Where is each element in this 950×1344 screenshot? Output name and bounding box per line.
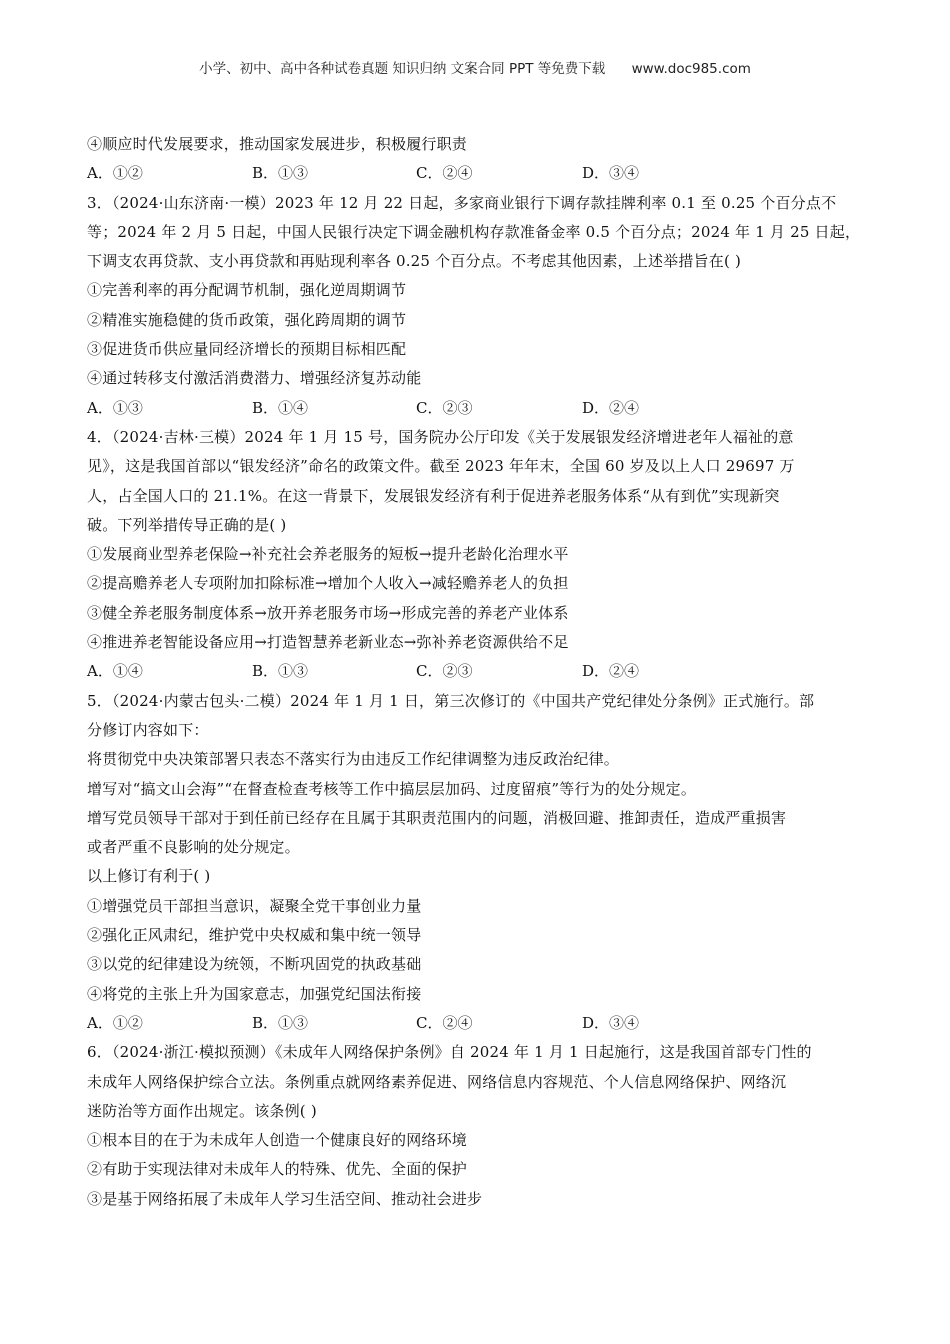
page-header: 小学、初中、高中各种试卷真题 知识归纳 文案合同 PPT 等免费下载 www.d…: [0, 57, 950, 77]
q3-stem-line-2: 等；2024 年 2 月 5 日起，中国人民银行决定下调金融机构存款准备金率 0…: [87, 218, 877, 247]
q5-item-4: ④将党的主张上升为国家意志，加强党纪国法衔接: [87, 980, 877, 1009]
q5-item-1: ①增强党员干部担当意识，凝聚全党干事创业力量: [87, 892, 877, 921]
q5-option-d: D．③④: [582, 1009, 639, 1038]
q4-options: A．①④ B．①③ C．②③ D．②④: [87, 657, 877, 686]
q3-stem-line-1: 3．（2024·山东济南·一模）2023 年 12 月 22 日起，多家商业银行…: [87, 189, 877, 218]
q4-item-2: ②提高赡养老人专项附加扣除标准→增加个人收入→减轻赡养老人的负担: [87, 569, 877, 598]
q4-option-b: B．①③: [252, 657, 308, 686]
q2-option-a: A．①②: [87, 159, 143, 188]
q5-option-c: C．②④: [416, 1009, 472, 1038]
q3-option-b: B．①④: [252, 394, 308, 423]
q6-stem-line-3: 迷防治等方面作出规定。该条例( ): [87, 1097, 877, 1126]
q5-options: A．①② B．①③ C．②④ D．③④: [87, 1009, 877, 1038]
q3-item-1: ①完善利率的再分配调节机制，强化逆周期调节: [87, 276, 877, 305]
q5-stem-line-4: 增写对“搞文山会海”“在督查检查考核等工作中搞层层加码、过度留痕”等行为的处分规…: [87, 775, 877, 804]
q4-stem-line-2: 见》，这是我国首部以“银发经济”命名的政策文件。截至 2023 年年末，全国 6…: [87, 452, 877, 481]
q5-stem-line-5: 增写党员领导干部对于到任前已经存在且属于其职责范围内的问题，消极回避、推卸责任，…: [87, 804, 877, 833]
q5-option-b: B．①③: [252, 1009, 308, 1038]
q2-option-c: C．②④: [416, 159, 472, 188]
q6-stem-line-1: 6．（2024·浙江·模拟预测）《未成年人网络保护条例》自 2024 年 1 月…: [87, 1038, 877, 1067]
q4-option-c: C．②③: [416, 657, 472, 686]
header-url[interactable]: www.doc985.com: [632, 61, 751, 77]
q6-item-3: ③是基于网络拓展了未成年人学习生活空间、推动社会进步: [87, 1185, 877, 1214]
q4-option-d: D．②④: [582, 657, 639, 686]
header-tagline: 小学、初中、高中各种试卷真题 知识归纳 文案合同 PPT 等免费下载: [199, 61, 605, 77]
q5-stem-line-3: 将贯彻党中央决策部署只表态不落实行为由违反工作纪律调整为违反政治纪律。: [87, 745, 877, 774]
q3-stem-line-3: 下调支农再贷款、支小再贷款和再贴现利率各 0.25 个百分点。不考虑其他因素，上…: [87, 247, 877, 276]
q3-option-d: D．②④: [582, 394, 639, 423]
q5-stem-line-1: 5．（2024·内蒙古包头·二模）2024 年 1 月 1 日，第三次修订的《中…: [87, 687, 877, 716]
q6-item-2: ②有助于实现法律对未成年人的特殊、优先、全面的保护: [87, 1155, 877, 1184]
q4-item-1: ①发展商业型养老保险→补充社会养老服务的短板→提升老龄化治理水平: [87, 540, 877, 569]
q3-options: A．①③ B．①④ C．②③ D．②④: [87, 394, 877, 423]
q3-item-2: ②精准实施稳健的货币政策，强化跨周期的调节: [87, 306, 877, 335]
q3-item-3: ③促进货币供应量同经济增长的预期目标相匹配: [87, 335, 877, 364]
q5-option-a: A．①②: [87, 1009, 143, 1038]
q2-option-d: D．③④: [582, 159, 639, 188]
q4-option-a: A．①④: [87, 657, 143, 686]
q3-option-a: A．①③: [87, 394, 143, 423]
q5-item-3: ③以党的纪律建设为统领，不断巩固党的执政基础: [87, 950, 877, 979]
q5-stem-line-7: 以上修订有利于( ): [87, 862, 877, 891]
q4-item-4: ④推进养老智能设备应用→打造智慧养老新业态→弥补养老资源供给不足: [87, 628, 877, 657]
document-body: ④顺应时代发展要求，推动国家发展进步，积极履行职责 A．①② B．①③ C．②④…: [87, 130, 877, 1214]
q2-options: A．①② B．①③ C．②④ D．③④: [87, 159, 877, 188]
q4-stem-line-1: 4．（2024·吉林·三模）2024 年 1 月 15 号，国务院办公厅印发《关…: [87, 423, 877, 452]
q3-option-c: C．②③: [416, 394, 472, 423]
q2-item-4: ④顺应时代发展要求，推动国家发展进步，积极履行职责: [87, 130, 877, 159]
q6-stem-line-2: 未成年人网络保护综合立法。条例重点就网络素养促进、网络信息内容规范、个人信息网络…: [87, 1068, 877, 1097]
q3-item-4: ④通过转移支付激活消费潜力、增强经济复苏动能: [87, 364, 877, 393]
q4-item-3: ③健全养老服务制度体系→放开养老服务市场→形成完善的养老产业体系: [87, 599, 877, 628]
q4-stem-line-4: 破。下列举措传导正确的是( ): [87, 511, 877, 540]
q6-item-1: ①根本目的在于为未成年人创造一个健康良好的网络环境: [87, 1126, 877, 1155]
q2-option-b: B．①③: [252, 159, 308, 188]
q5-item-2: ②强化正风肃纪，维护党中央权威和集中统一领导: [87, 921, 877, 950]
q4-stem-line-3: 人，占全国人口的 21.1%。在这一背景下，发展银发经济有利于促进养老服务体系“…: [87, 482, 877, 511]
q5-stem-line-6: 或者严重不良影响的处分规定。: [87, 833, 877, 862]
q5-stem-line-2: 分修订内容如下：: [87, 716, 877, 745]
